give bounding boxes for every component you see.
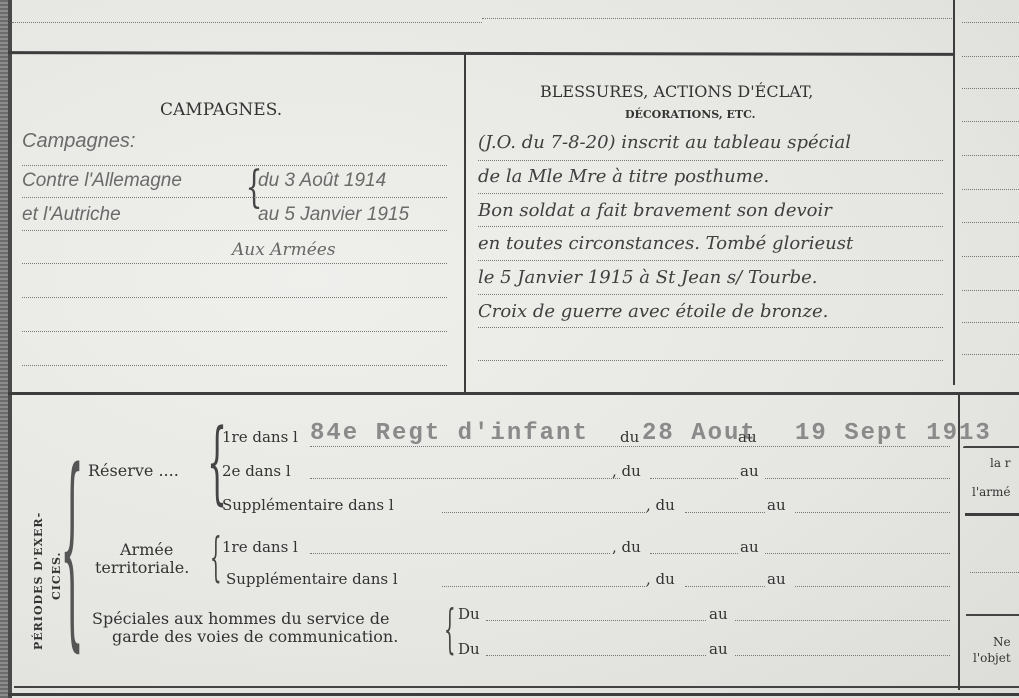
speciales-row1-from-line[interactable]: [486, 620, 706, 621]
reserve-row1-typed-to: 19 Sept 1913: [795, 420, 992, 447]
reserve-row2-du: , du: [612, 462, 641, 480]
speciales-row2-from-line[interactable]: [486, 655, 706, 656]
blessures-dotted-line: [478, 360, 943, 361]
territoriale-row2-to-line[interactable]: [795, 586, 950, 587]
reserve-row3-line[interactable]: [442, 512, 647, 513]
campagnes-date-from: du 3 Août 1914: [258, 170, 386, 192]
campagnes-line: [22, 331, 447, 332]
speciales-row1-au: au: [709, 605, 728, 623]
margin-text-1: la r: [990, 456, 1011, 470]
reserve-row3-from-line[interactable]: [685, 512, 765, 513]
margin-text-3: Ne: [993, 635, 1011, 649]
speciales-label-1: Spéciales aux hommes du service de: [92, 609, 390, 628]
blessures-heading: BLESSURES, ACTIONS D'ÉCLAT,: [540, 82, 813, 101]
margin-dotted-line: [962, 322, 1019, 323]
blessures-dotted-line: [478, 294, 943, 295]
territoriale-row1-prefix: 1re dans l: [222, 538, 298, 556]
bottom-border-outer: [8, 693, 1019, 696]
reserve-row2-line[interactable]: [310, 478, 620, 479]
reserve-row3-to-line[interactable]: [795, 512, 950, 513]
territoriale-label-2: territoriale.: [95, 558, 189, 577]
section-divider: [8, 51, 953, 56]
section-divider: [8, 392, 1019, 395]
campagnes-line: [22, 263, 447, 264]
blessures-dotted-line: [478, 160, 943, 161]
margin-dotted-line: [970, 572, 1019, 573]
campagnes-line: [22, 230, 447, 231]
reserve-row1-prefix: 1re dans l: [222, 428, 298, 446]
territoriale-row2-au: au: [767, 570, 786, 588]
speciales-row2-prefix: Du: [458, 640, 480, 658]
periodes-side-label-1: PÉRIODES D'EXER-: [32, 512, 45, 650]
margin-dotted-line: [962, 88, 1019, 89]
territoriale-row2-line[interactable]: [442, 586, 647, 587]
margin-text-2: l'armé: [972, 485, 1011, 499]
campagnes-line: [22, 297, 447, 298]
blessures-line-4: en toutes circonstances. Tombé glorieust: [478, 233, 853, 254]
top-dotted-line: [482, 18, 952, 19]
territoriale-row1-from-line[interactable]: [650, 553, 738, 554]
campagnes-line: [22, 365, 447, 366]
speciales-row2-to-line[interactable]: [735, 655, 950, 656]
campagnes-line: [22, 197, 447, 198]
speciales-row2-au: au: [709, 640, 728, 658]
reserve-row1-du: du: [620, 428, 639, 446]
blessures-line-3: Bon soldat a fait bravement son devoir: [478, 200, 832, 221]
campagnes-stamp-label: Campagnes:: [22, 130, 135, 153]
blessures-line-1: (J.O. du 7-8-20) inscrit au tableau spéc…: [478, 132, 851, 153]
reserve-row2-au: au: [740, 462, 759, 480]
blessures-line-5: le 5 Janvier 1915 à St Jean s/ Tourbe.: [478, 267, 818, 288]
blessures-subheading: DÉCORATIONS, ETC.: [625, 108, 755, 121]
margin-dotted-line: [962, 56, 1019, 57]
blessures-dotted-line: [478, 327, 943, 328]
reserve-row3-au: au: [767, 496, 786, 514]
territoriale-row1-line[interactable]: [310, 553, 610, 554]
reserve-row3-prefix: Supplémentaire dans l: [222, 496, 394, 514]
campagnes-line: [22, 165, 447, 166]
margin-dotted-line: [962, 222, 1019, 223]
territoriale-row2-du: , du: [646, 570, 675, 588]
margin-text-4: l'objet: [973, 651, 1011, 665]
top-dotted-line: [12, 22, 482, 23]
campagnes-heading: CAMPAGNES.: [160, 100, 282, 120]
blessures-line-6: Croix de guerre avec étoile de bronze.: [478, 301, 828, 322]
territoriale-row1-du: , du: [612, 538, 641, 556]
territoriale-row2-from-line[interactable]: [685, 586, 765, 587]
territoriale-row2-prefix: Supplémentaire dans l: [226, 570, 398, 588]
campagnes-handwritten-note: Aux Armées: [232, 240, 336, 260]
reserve-row2-from-line[interactable]: [650, 478, 738, 479]
reserve-row3-du: , du: [646, 496, 675, 514]
territoriale-row1-au: au: [740, 538, 759, 556]
blessures-dotted-line: [478, 193, 943, 194]
campagnes-country-1: Contre l'Allemagne: [22, 170, 182, 192]
reserve-row1-au: au: [738, 428, 757, 446]
campagnes-country-2: et l'Autriche: [22, 204, 121, 226]
margin-divider: [963, 446, 1019, 448]
page-binding-edge: [0, 0, 12, 698]
reserve-row2-prefix: 2e dans l: [222, 462, 291, 480]
reserve-label: Réserve ....: [88, 461, 179, 480]
territoriale-brace: {: [210, 532, 222, 584]
right-column-border-lower: [958, 395, 960, 690]
campagnes-blessures-divider: [464, 54, 466, 394]
speciales-row1-prefix: Du: [458, 605, 480, 623]
territoriale-row1-to-line[interactable]: [765, 553, 950, 554]
speciales-brace: {: [444, 604, 456, 656]
blessures-line-2: de la Mle Mre à titre posthume.: [478, 166, 769, 187]
margin-dotted-line: [962, 354, 1019, 355]
margin-dotted-line: [962, 256, 1019, 257]
margin-divider: [966, 614, 1019, 616]
margin-dotted-line: [962, 22, 1019, 23]
document-page: CAMPAGNES. Campagnes: Contre l'Allemagne…: [0, 0, 1019, 698]
speciales-label-2: garde des voies de communication.: [112, 627, 398, 646]
margin-dotted-line: [962, 189, 1019, 190]
right-column-border: [953, 0, 955, 385]
blessures-dotted-line: [478, 260, 943, 261]
margin-dotted-line: [962, 155, 1019, 156]
margin-divider: [965, 513, 1019, 516]
margin-dotted-line: [962, 290, 1019, 291]
reserve-row1-typed-regiment: 84e Regt d'infant: [310, 420, 589, 447]
speciales-row1-to-line[interactable]: [735, 620, 950, 621]
bottom-border: [14, 686, 1019, 688]
blessures-dotted-line: [478, 226, 943, 227]
campagnes-date-to: au 5 Janvier 1915: [258, 204, 409, 226]
reserve-row2-to-line[interactable]: [765, 478, 950, 479]
periodes-brace: {: [60, 448, 84, 648]
margin-dotted-line: [962, 121, 1019, 122]
territoriale-label-1: Armée: [120, 540, 173, 559]
